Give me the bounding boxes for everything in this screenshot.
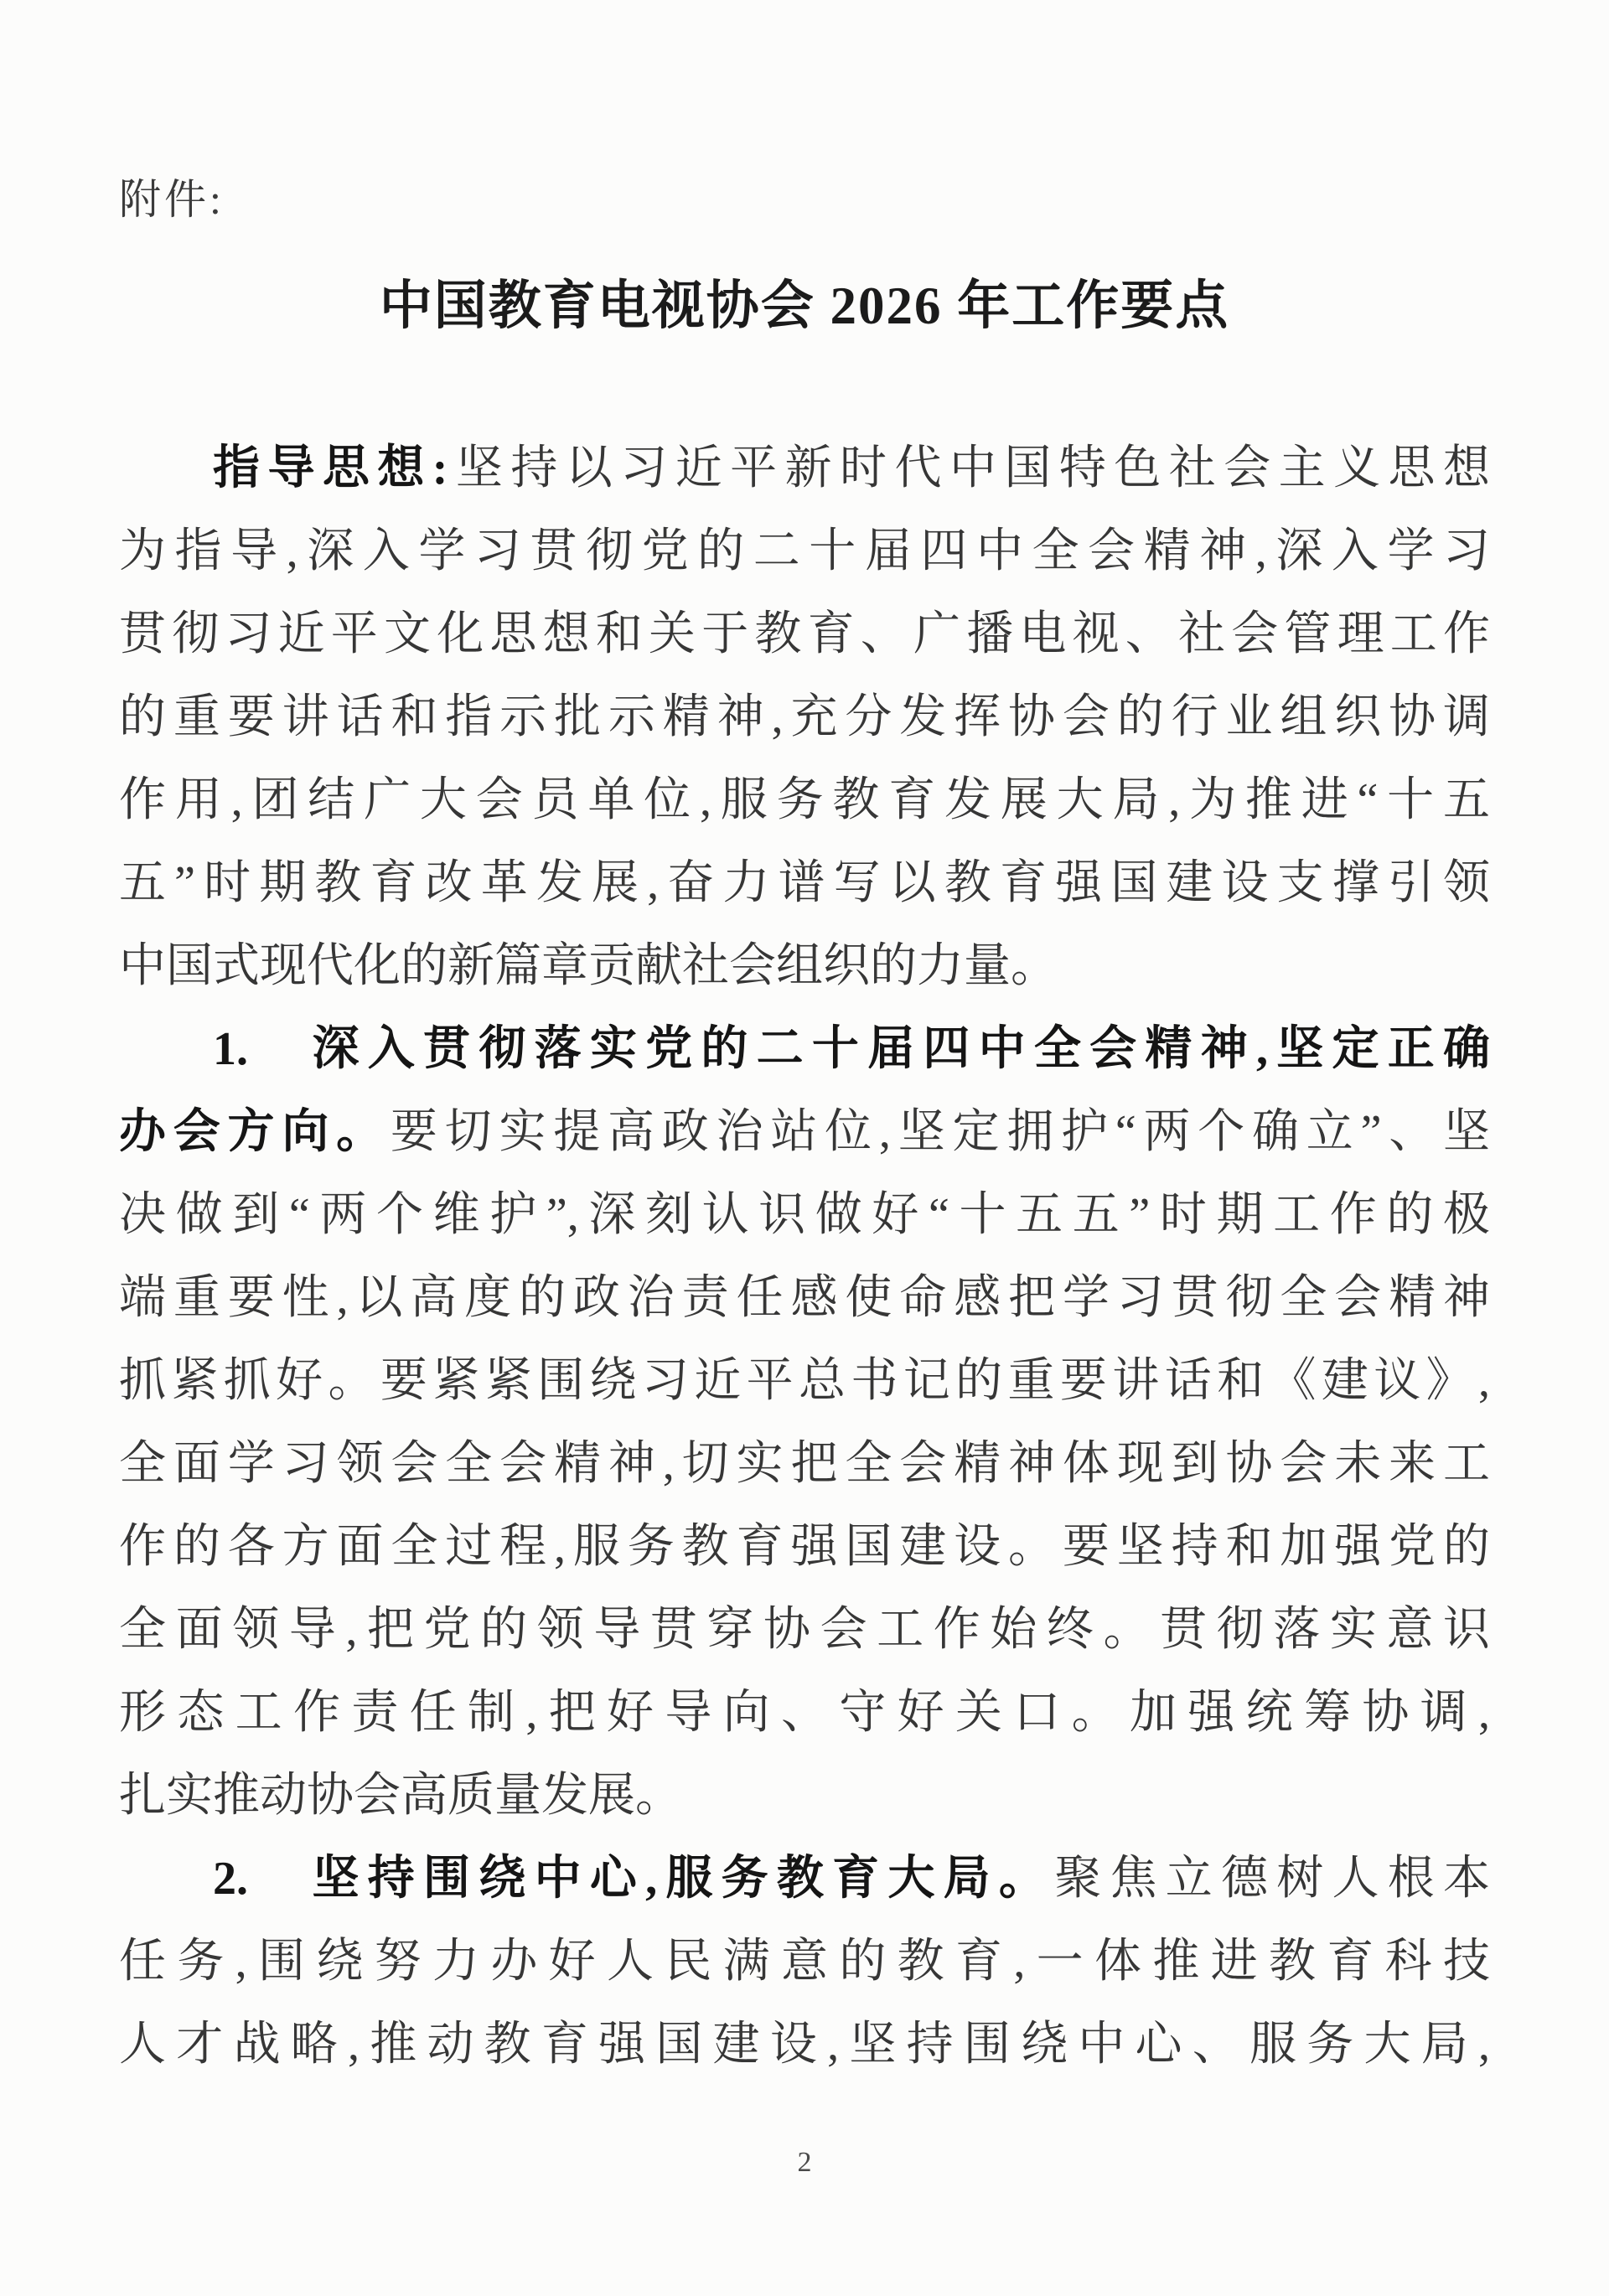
body-line: 决做到“两个维护”,深刻认识做好“十五五”时期工作的极 — [119, 1174, 1490, 1257]
body-line: 中国式现代化的新篇章贡献社会组织的力量。 — [119, 925, 1490, 1008]
body-line: 全面领导,把党的领导贯穿协会工作始终。贯彻落实意识 — [119, 1589, 1490, 1672]
body-line: 作的各方面全过程,服务教育强国建设。要坚持和加强党的 — [119, 1506, 1490, 1589]
bold-lead: 1. 深入贯彻落实党的二十届四中全会精神,坚定正确 — [213, 1023, 1490, 1075]
body-line: 的重要讲话和指示批示精神,充分发挥协会的行业组织协调 — [119, 676, 1490, 759]
body-line: 端重要性,以高度的政治责任感使命感把学习贯彻全会精神 — [119, 1257, 1490, 1340]
body-line: 办会方向。要切实提高政治站位,坚定拥护“两个确立”、坚 — [119, 1091, 1490, 1174]
body-line: 作用,团结广大会员单位,服务教育发展大局,为推进“十五 — [119, 759, 1490, 842]
body-line: 2. 坚持围绕中心,服务教育大局。聚焦立德树人根本 — [119, 1838, 1490, 1921]
body-line: 五”时期教育改革发展,奋力谱写以教育强国建设支撑引领 — [119, 842, 1490, 925]
paragraph: 2. 坚持围绕中心,服务教育大局。聚焦立德树人根本 任务,围绕努力办好人民满意的… — [119, 1838, 1490, 2087]
bold-lead: 指导思想: — [213, 442, 448, 494]
document-title: 中国教育电视协会 2026 年工作要点 — [119, 270, 1490, 342]
bold-lead: 2. 坚持围绕中心,服务教育大局。 — [213, 1853, 1054, 1905]
body-line: 抓紧抓好。要紧紧围绕习近平总书记的重要讲话和《建议》, — [119, 1340, 1490, 1423]
body-line: 贯彻习近平文化思想和关于教育、广播电视、社会管理工作 — [119, 593, 1490, 676]
body-line: 扎实推动协会高质量发展。 — [119, 1755, 1490, 1838]
body-line: 人才战略,推动教育强国建设,坚持围绕中心、服务大局, — [119, 2004, 1490, 2087]
body-line: 任务,围绕努力办好人民满意的教育,一体推进教育科技 — [119, 1921, 1490, 2004]
document-body: 指导思想:坚持以习近平新时代中国特色社会主义思想 为指导,深入学习贯彻党的二十届… — [119, 427, 1490, 2087]
paragraph: 1. 深入贯彻落实党的二十届四中全会精神,坚定正确 办会方向。要切实提高政治站位… — [119, 1008, 1490, 1838]
body-line: 1. 深入贯彻落实党的二十届四中全会精神,坚定正确 — [119, 1008, 1490, 1091]
page-number: 2 — [0, 2147, 1609, 2179]
bold-lead: 办会方向。 — [119, 1106, 391, 1158]
paragraph: 指导思想:坚持以习近平新时代中国特色社会主义思想 为指导,深入学习贯彻党的二十届… — [119, 427, 1490, 1008]
body-line: 全面学习领会全会精神,切实把全会精神体现到协会未来工 — [119, 1423, 1490, 1506]
page-content: 附件: 中国教育电视协会 2026 年工作要点 指导思想:坚持以习近平新时代中国… — [0, 173, 1609, 2087]
body-line: 指导思想:坚持以习近平新时代中国特色社会主义思想 — [119, 427, 1490, 510]
attachment-label: 附件: — [119, 173, 1490, 226]
body-line: 为指导,深入学习贯彻党的二十届四中全会精神,深入学习 — [119, 510, 1490, 593]
document-page: 附件: 中国教育电视协会 2026 年工作要点 指导思想:坚持以习近平新时代中国… — [0, 0, 1609, 2296]
body-line: 形态工作责任制,把好导向、守好关口。加强统筹协调, — [119, 1672, 1490, 1755]
